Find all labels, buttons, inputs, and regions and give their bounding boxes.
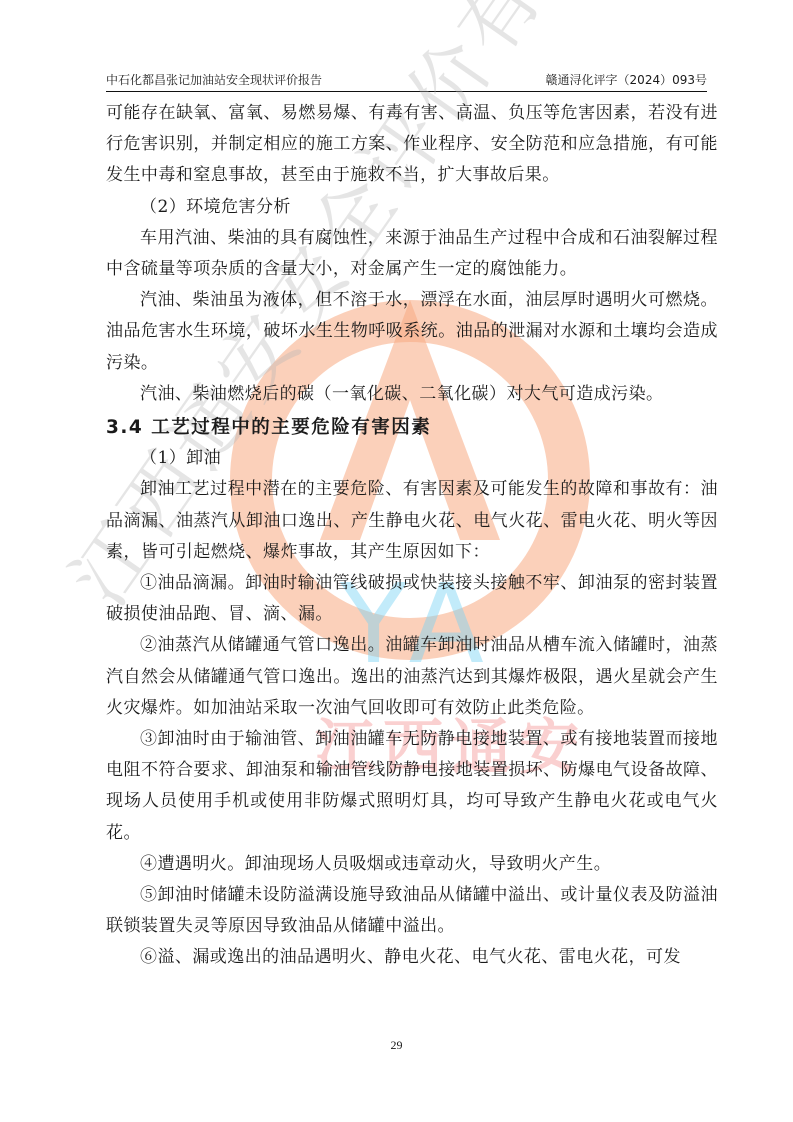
subheading-unloading: （1）卸油 xyxy=(106,443,718,474)
section-heading-3-4: 3.4 工艺过程中的主要危险有害因素 xyxy=(106,412,718,443)
document-number: 赣通浔化评字（2024）093号 xyxy=(546,71,707,88)
page-header: 中石化都昌张记加油站安全现状评价报告 赣通浔化评字（2024）093号 xyxy=(106,68,707,92)
paragraph-water-pollution: 汽油、柴油虽为液体，但不溶于水，漂浮在水面，油层厚时遇明火可燃烧。油品危害水生环… xyxy=(106,285,718,379)
list-item-6-ignition: ⑥溢、漏或逸出的油品遇明火、静电火花、电气火花、雷电火花，可发 xyxy=(106,942,718,973)
paragraph-corrosivity: 车用汽油、柴油的具有腐蚀性，来源于油品生产过程中合成和石油裂解过程中含硫量等项杂… xyxy=(106,223,718,285)
paragraph-air-pollution: 汽油、柴油燃烧后的碳（一氧化碳、二氧化碳）对大气可造成污染。 xyxy=(106,379,718,410)
list-item-2-vapor-escape: ②油蒸汽从储罐通气管口逸出。油罐车卸油时油品从槽车流入储罐时，油蒸汽自然会从储罐… xyxy=(106,630,718,724)
report-title: 中石化都昌张记加油站安全现状评价报告 xyxy=(106,71,322,88)
list-item-1-dripping: ①油品滴漏。卸油时输油管线破损或快装接头接触不牢、卸油泵的密封装置破损使油品跑、… xyxy=(106,568,718,630)
list-item-3-static-sparks: ③卸油时由于输油管、卸油油罐车无防静电接地装置、或有接地装置而接地电阻不符合要求… xyxy=(106,724,718,849)
page-number: 29 xyxy=(0,1038,793,1053)
page-body: 可能存在缺氧、富氧、易燃易爆、有毒有害、高温、负压等危害因素，若没有进行危害识别… xyxy=(106,98,718,974)
list-item-5-overflow: ⑤卸油时储罐未设防溢满设施导致油品从储罐中溢出、或计量仪表及防溢油联锁装置失灵等… xyxy=(106,880,718,942)
paragraph-unloading-overview: 卸油工艺过程中潜在的主要危险、有害因素及可能发生的故障和事故有：油品滴漏、油蒸汽… xyxy=(106,474,718,568)
list-item-4-open-flame: ④遭遇明火。卸油现场人员吸烟或违章动火，导致明火产生。 xyxy=(106,849,718,880)
paragraph-confined-space-hazards: 可能存在缺氧、富氧、易燃易爆、有毒有害、高温、负压等危害因素，若没有进行危害识别… xyxy=(106,98,718,192)
subheading-environmental-hazards: （2）环境危害分析 xyxy=(106,192,718,223)
